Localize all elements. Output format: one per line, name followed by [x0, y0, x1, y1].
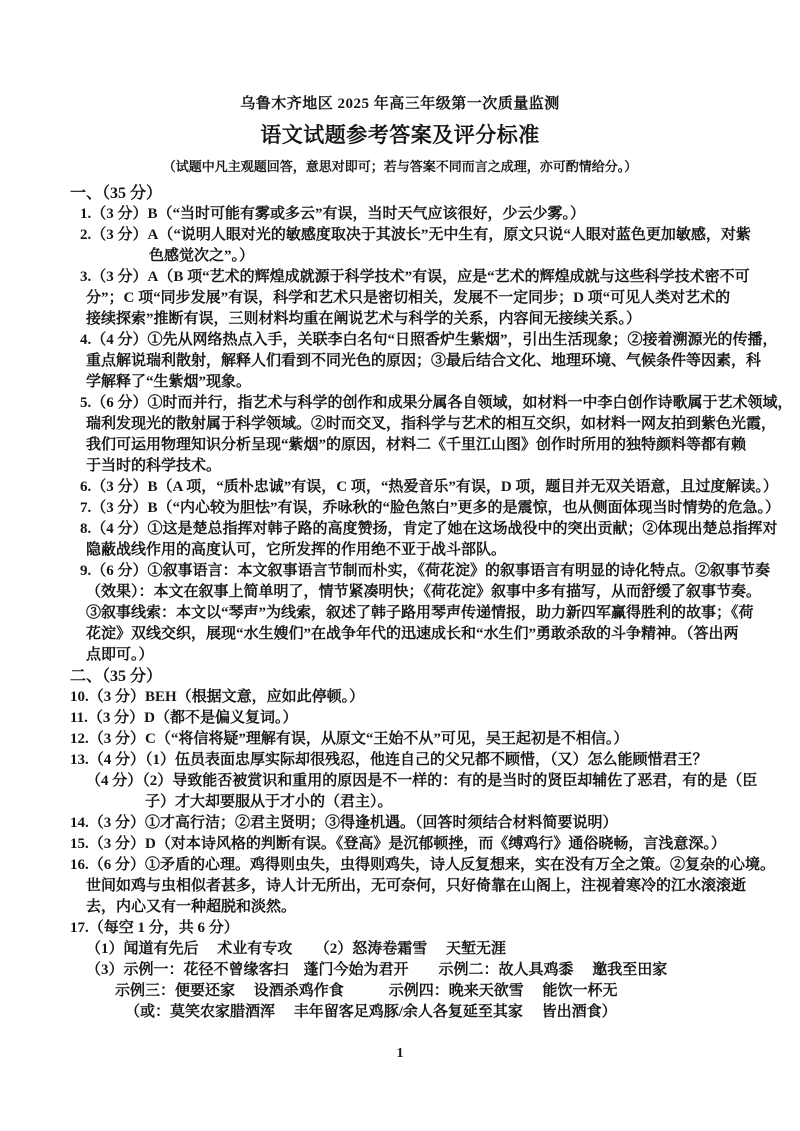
answer-line: 2.（3 分）A（“说明人眼对光的敏感度取决于其波长”无中生有，原文只说“人眼对…	[80, 225, 780, 246]
answer-line: 分”；C 项“同步发展”有误，科学和艺术只是密切相关，发展不一定同步；D 项“可…	[86, 288, 780, 309]
answer-line: 示例三：便要还家 设酒杀鸡作食 示例四：晚来天欲雪 能饮一杯无	[115, 981, 780, 1002]
answer-line: 17.（每空 1 分，共 6 分）	[70, 918, 780, 939]
answer-line: （3）示例一：花径不曾缘客扫 蓬门今始为君开 示例二：故人具鸡黍 邀我至田家	[86, 960, 780, 981]
answer-line: 9.（6 分）①叙事语言：本文叙事语言节制而朴实，《荷花淀》的叙事语言有明显的诗…	[80, 561, 780, 582]
answer-line: （或：莫笑农家腊酒浑 丰年留客足鸡豚/余人各复延至其家 皆出酒食）	[125, 1002, 780, 1023]
doc-header: 乌鲁木齐地区 2025 年高三年级第一次质量监测 语文试题参考答案及评分标准 （…	[0, 0, 800, 174]
doc-region-line: 乌鲁木齐地区 2025 年高三年级第一次质量监测	[0, 96, 800, 113]
answer-line: 8.（4 分）①这是楚总指挥对韩子路的高度赞扬，肯定了她在这场战役中的突出贡献；…	[80, 519, 780, 540]
answer-line: 去，内心又有一种超脱和淡然。	[86, 897, 780, 918]
section-heading: 一、（35 分）	[70, 183, 780, 204]
answer-line: 3.（3 分）A（B 项“艺术的辉煌成就源于科学技术”有误，应是“艺术的辉煌成就…	[80, 267, 780, 288]
answer-line: 1.（3 分）B（“当时可能有雾或多云”有误，当时天气应该很好，少云少雾。）	[80, 204, 780, 225]
answer-line: 色感觉次之”。）	[149, 246, 780, 267]
answer-line: ③叙事线索：本文以“琴声”为线索，叙述了韩子路用琴声传递情报，助力新四军赢得胜利…	[86, 603, 780, 624]
answer-line: 12.（3 分）C（“将信将疑”理解有误，从原文“王始不从”可见，吴王起初是不相…	[70, 729, 780, 750]
answer-line: 10.（3 分）BEH（根据文意，应如此停顿。）	[70, 687, 780, 708]
answer-line: 学解释了“生紫烟”现象。	[86, 372, 780, 393]
answer-line: 花淀》双线交织，展现“水生嫂们”在战争年代的迅速成长和“水生们”勇敢杀敌的斗争精…	[86, 624, 780, 645]
document-page: 乌鲁木齐地区 2025 年高三年级第一次质量监测 语文试题参考答案及评分标准 （…	[0, 0, 800, 1131]
answer-line: 11.（3 分）D（都不是偏义复词。）	[70, 708, 780, 729]
doc-grading-note: （试题中凡主观题回答，意思对即可；若与答案不同而言之成理，亦可酌情给分。）	[0, 159, 800, 174]
answer-line: （1）闻道有先后 术业有专攻 （2）怒涛卷霜雪 天堑无涯	[86, 939, 780, 960]
answers-body: 一、（35 分）1.（3 分）B（“当时可能有雾或多云”有误，当时天气应该很好，…	[0, 183, 800, 1023]
answer-line: 重点解说瑞利散射，解释人们看到不同光色的原因；③最后结合文化、地理环境、气候条件…	[86, 351, 780, 372]
doc-title: 语文试题参考答案及评分标准	[0, 123, 800, 147]
answer-line: 5.（6 分）①时而并行，指艺术与科学的创作和成果分属各自领域，如材料一中李白创…	[80, 393, 780, 414]
answer-line: 14.（3 分）①才高行洁；②君主贤明；③得逢机遇。（回答时须结合材料简要说明）	[70, 813, 780, 834]
answer-line: 接续探索”推断有误，三则材料均重在阐说艺术与科学的关系，内容间无接续关系。）	[86, 309, 780, 330]
answer-line: 16.（6 分）①矛盾的心理。鸡得则虫失，虫得则鸡失，诗人反复想来，实在没有万全…	[70, 855, 780, 876]
answer-line: 13.（4 分）（1）伍员表面忠厚实际却很残忍，他连自己的父兄都不顾惜，（又）怎…	[70, 750, 780, 771]
answer-line: （4 分）（2）导致能否被赏识和重用的原因是不一样的：有的是当时的贤臣却辅佐了恶…	[86, 771, 780, 792]
answer-line: 瑞利发现光的散射属于科学领域。②时而交叉，指科学与艺术的相互交织，如材料一网友拍…	[86, 414, 780, 435]
answer-line: （效果）：本文在叙事上简单明了，情节紧凑明快；《荷花淀》叙事中多有描写，从而舒缓…	[86, 582, 780, 603]
answer-line: 点即可。）	[86, 645, 780, 666]
answer-line: 7.（3 分）B（“内心较为胆怯”有误，乔咏秋的“脸色煞白”更多的是震惊，也从侧…	[80, 498, 780, 519]
answer-line: 4.（4 分）①先从网络热点入手，关联李白名句“日照香炉生紫烟”，引出生活现象；…	[80, 330, 780, 351]
section-heading: 二、（35 分）	[70, 666, 780, 687]
answer-line: 世间如鸡与虫相似者甚多，诗人计无所出，无可奈何，只好倚靠在山阁上，注视着寒冷的江…	[86, 876, 780, 897]
answer-line: 于当时的科学技术。	[86, 456, 780, 477]
answer-line: 15.（3 分）D（对本诗风格的判断有误。《登高》是沉郁顿挫，而《缚鸡行》通俗晓…	[70, 834, 780, 855]
answer-line: 子）才大却要服从于才小的（君主）。	[145, 792, 780, 813]
answer-line: 6.（3 分）B（A 项，“质朴忠诚”有误，C 项，“热爱音乐”有误，D 项，题…	[80, 477, 780, 498]
answer-line: 我们可运用物理知识分析呈现“紫烟”的原因，材料二《千里江山图》创作时所用的独特颜…	[86, 435, 780, 456]
page-number: 1	[0, 1046, 800, 1062]
answer-line: 隐蔽战线作用的高度认可，它所发挥的作用绝不亚于战斗部队。	[86, 540, 780, 561]
